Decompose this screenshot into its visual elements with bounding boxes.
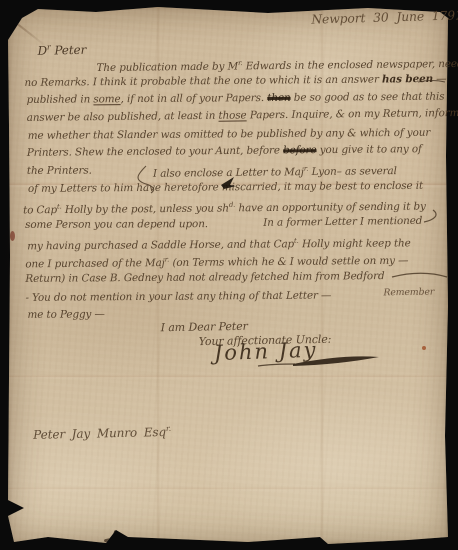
body-line-5: me whether that Slander was omitted to b… xyxy=(28,126,431,143)
handwriting-layer: Newport 30 June 1791Dr PeterThe publicat… xyxy=(0,0,458,550)
body-line-15: me to Peggy — xyxy=(27,307,104,322)
body-line-13: Return) in Case B. Gedney had not alread… xyxy=(25,269,384,286)
body-line-10b: In a former Letter I mentioned xyxy=(263,214,422,230)
body-line-7a: the Printers. xyxy=(27,164,92,178)
body-line-10a: some Person you can depend upon. xyxy=(25,217,208,232)
body-line-7b: I also enclose a Letter to Majr. Lyon– a… xyxy=(153,161,397,181)
body-line-8: of my Letters to him have heretofore mis… xyxy=(28,179,423,196)
body-line-6: Printers. Shew the enclosed to your Aunt… xyxy=(27,142,422,160)
salutation: Dr Peter xyxy=(37,40,86,58)
body-line-14-remember: Remember xyxy=(383,286,434,301)
body-line-14: - You do not mention in your last any th… xyxy=(25,288,331,304)
addressee: Peter Jay Munro Esqr. xyxy=(33,422,171,442)
body-line-3: published in some, if not in all of your… xyxy=(27,90,445,107)
closing-line-1: I am Dear Peter xyxy=(161,320,248,336)
signature: John Jay xyxy=(214,343,318,360)
body-line-12: one I purchased of the Majr. (on Terms w… xyxy=(25,250,408,271)
photo-background: Newport 30 June 1791Dr PeterThe publicat… xyxy=(0,0,458,550)
body-line-4: answer be also published, at least in th… xyxy=(27,106,458,125)
dateline: Newport 30 June 1791 xyxy=(311,8,458,26)
body-line-2: no Remarks. I think it probable that the… xyxy=(24,72,446,90)
